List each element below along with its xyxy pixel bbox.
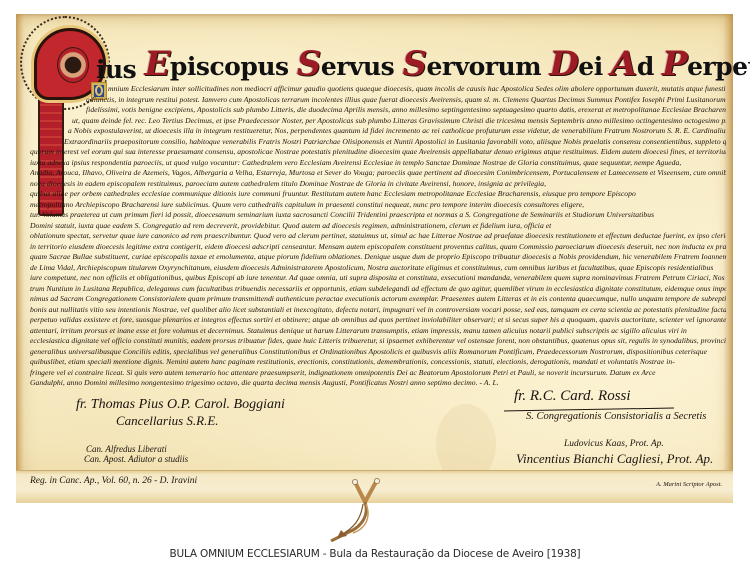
protonotary-signature: Ludovicus Kaas, Prot. Ap. — [564, 439, 664, 449]
cardinal-title: S. Congregationis Consistorialis a Secre… — [526, 411, 706, 422]
chancellor-title: Cancellarius S.R.E. — [116, 413, 219, 429]
scribe-note: A. Marini Scriptor Apost. — [656, 481, 722, 488]
text-line: oblationum spectat, servetur quae iure c… — [30, 231, 726, 242]
text-line: attentari, irritum prorsus et inane esse… — [30, 326, 726, 337]
text-line: quorum interest vel eorum qui sua intere… — [30, 147, 726, 158]
text-line: in territorio eiusdem dioecesis legitime… — [30, 242, 726, 253]
text-line: adiunctis, in integrum restitui potest. … — [86, 95, 726, 106]
registry-note: Reg. in Canc. Ap., Vol. 60, n. 26 - D. I… — [30, 476, 197, 486]
text-line: ut, quam deinde fel. rec. Leo Tertius De… — [72, 116, 726, 127]
text-line: quibus aliae per orbem cathedrales eccle… — [30, 189, 726, 200]
image-caption: BULA OMNIUM ECCLESIARUM - Bula da Restau… — [0, 548, 750, 560]
text-line: generalibus universalibusque Conciliis e… — [30, 347, 726, 358]
text-line: Gandulphi, anno Domini millesimo nongent… — [30, 378, 726, 389]
cardinal-signature: fr. R.C. Card. Rossi — [514, 388, 631, 405]
title-word: Dei — [549, 44, 611, 84]
text-line: mnium Ecclesiarum inter sollicitudines n… — [108, 84, 726, 95]
text-line: quam Sacrae Bullae substituent, curiae e… — [30, 252, 726, 263]
seal-cord-icon — [325, 478, 405, 542]
title-word: Perpetuam — [662, 44, 750, 84]
text-line: trum Nuntium in Lusitana Republica, dele… — [30, 284, 726, 295]
text-line: a Nobis expostulaverint, ut dioecesis il… — [68, 126, 726, 137]
chancellor-signature: fr. Thomas Pius O.P. Carol. Boggiani — [76, 397, 285, 413]
text-line: tur. Volumus praeterea ut cum primum fie… — [30, 210, 726, 221]
text-line: ecclesiastica dignitate vel officio cons… — [30, 336, 726, 347]
text-line: nova dioecesis in eadem episcopalem rest… — [30, 179, 726, 190]
text-line: de Lima Vidal, Archiepiscopum titularem … — [30, 263, 726, 274]
parchment-document: ius Episcopus Servus Servorum Dei Ad Per… — [16, 14, 733, 502]
text-line: fringere vel ei contraire liceat. Si qui… — [30, 368, 726, 379]
papal-portrait-medallion — [57, 47, 89, 83]
text-line: fidelissimi, votis benigne excipiens, Ap… — [86, 105, 726, 116]
text-line: iure competunt, nec non officiis et obli… — [30, 273, 726, 284]
text-line: perpetuo validas exsistere et fore, suos… — [30, 315, 726, 326]
parchment-edge-left — [16, 14, 24, 502]
text-line: Domini statuit, iuxta quae eadem S. Cong… — [30, 221, 726, 232]
illuminated-initial-p — [24, 22, 92, 118]
text-line: quibuslibet, etiam speciali mentione dig… — [30, 357, 726, 368]
secondary-signature-title: Can. Apost. Adiutor a studiis — [84, 454, 188, 464]
text-line: metropolitano Archiepiscopo Bracharensi … — [30, 200, 726, 211]
title-word: Servorum — [402, 44, 549, 84]
text-line: Extraordinariis praepositorum consilio, … — [64, 137, 726, 148]
protonotary-signature: Vincentius Bianchi Cagliesi, Prot. Ap. — [516, 451, 713, 467]
title-word: Ad — [611, 44, 662, 84]
bull-title: ius Episcopus Servus Servorum Dei Ad Per… — [96, 40, 736, 84]
text-line: bonis aut nullitatis vitio seu intention… — [30, 305, 726, 316]
secondary-signature: Can. Alfredus Liberati — [86, 444, 167, 454]
title-word: Servus — [297, 44, 403, 84]
bull-body-text: mnium Ecclesiarum inter sollicitudines n… — [86, 84, 726, 389]
text-line: Anadia, Arouca, Ilhavo, Oliveira de Azem… — [30, 168, 726, 179]
text-line: nimus ad Sacram Congregationem Consistor… — [30, 294, 726, 305]
title-word: ius — [96, 55, 144, 84]
title-word: Episcopus — [144, 44, 296, 84]
text-line: iuxta adnexa ipsius respondentia paroeci… — [30, 158, 726, 169]
